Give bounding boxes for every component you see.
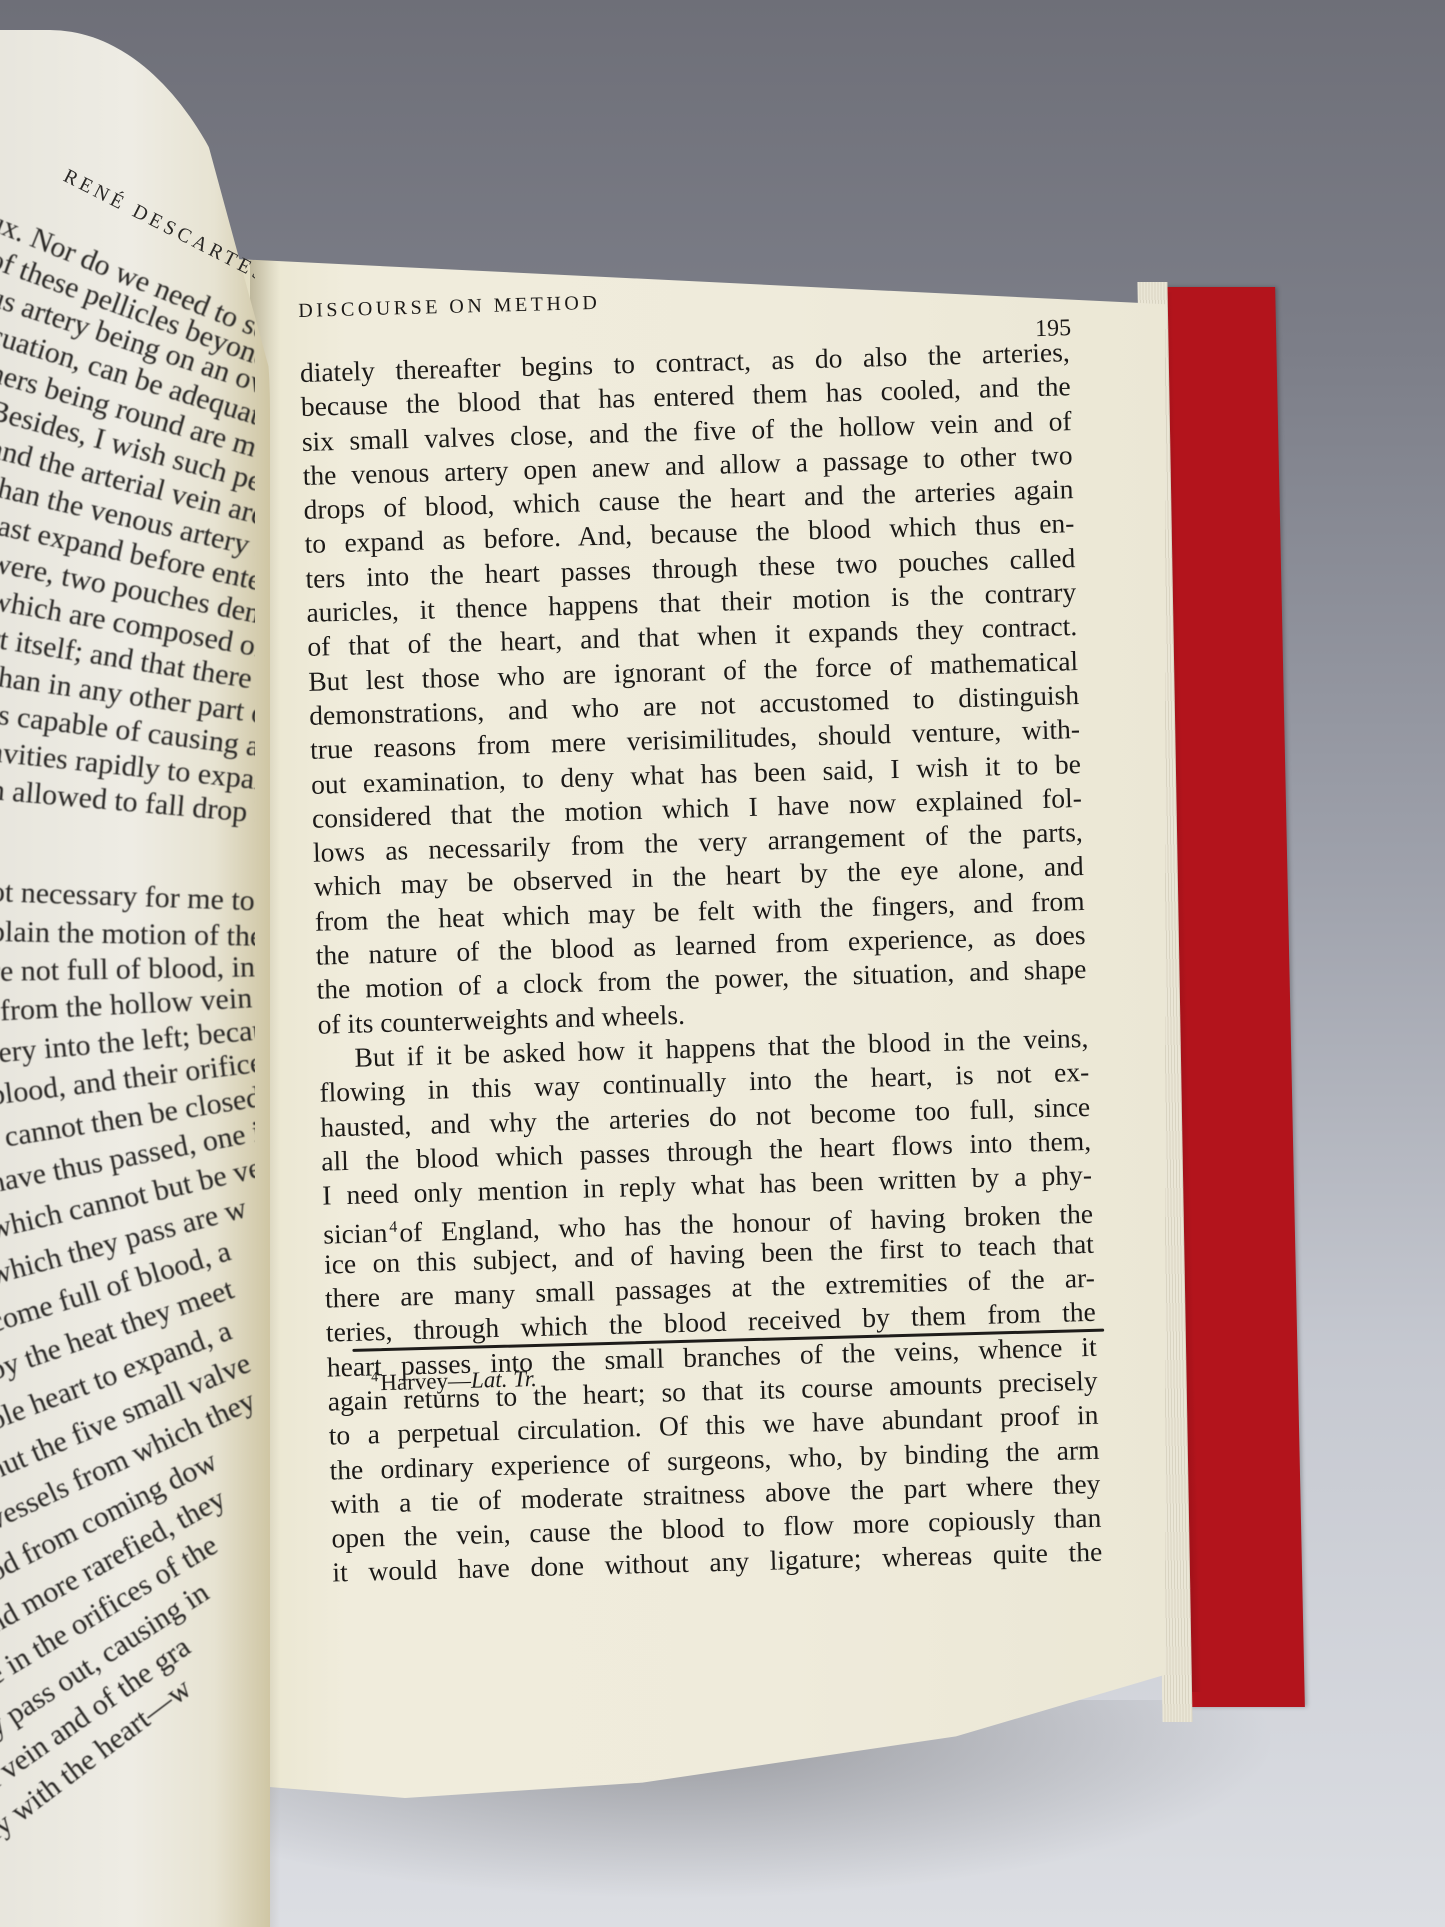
photo-scene: DISCOURSE ON METHOD 195 diately thereaft… — [0, 0, 1445, 1927]
footnote-reference[interactable]: 4 — [387, 1219, 399, 1236]
footnote: 4Harvey—Lat. Tr. — [371, 1366, 537, 1396]
left-text-line: plain the motion of the h — [0, 915, 255, 954]
left-text-line: ot necessary for me to say — [0, 875, 255, 920]
footnote-dash: — — [448, 1368, 472, 1394]
left-page-text: RENÉ DESCARTES ux. Nor do we need to see… — [0, 165, 255, 1925]
footnote-number: 4 — [371, 1370, 378, 1385]
footnote-name: Harvey — [380, 1368, 448, 1395]
footnote-source: Lat. Tr. — [471, 1366, 538, 1393]
body-text: diately thereafter begins to contract, a… — [300, 335, 1103, 1590]
